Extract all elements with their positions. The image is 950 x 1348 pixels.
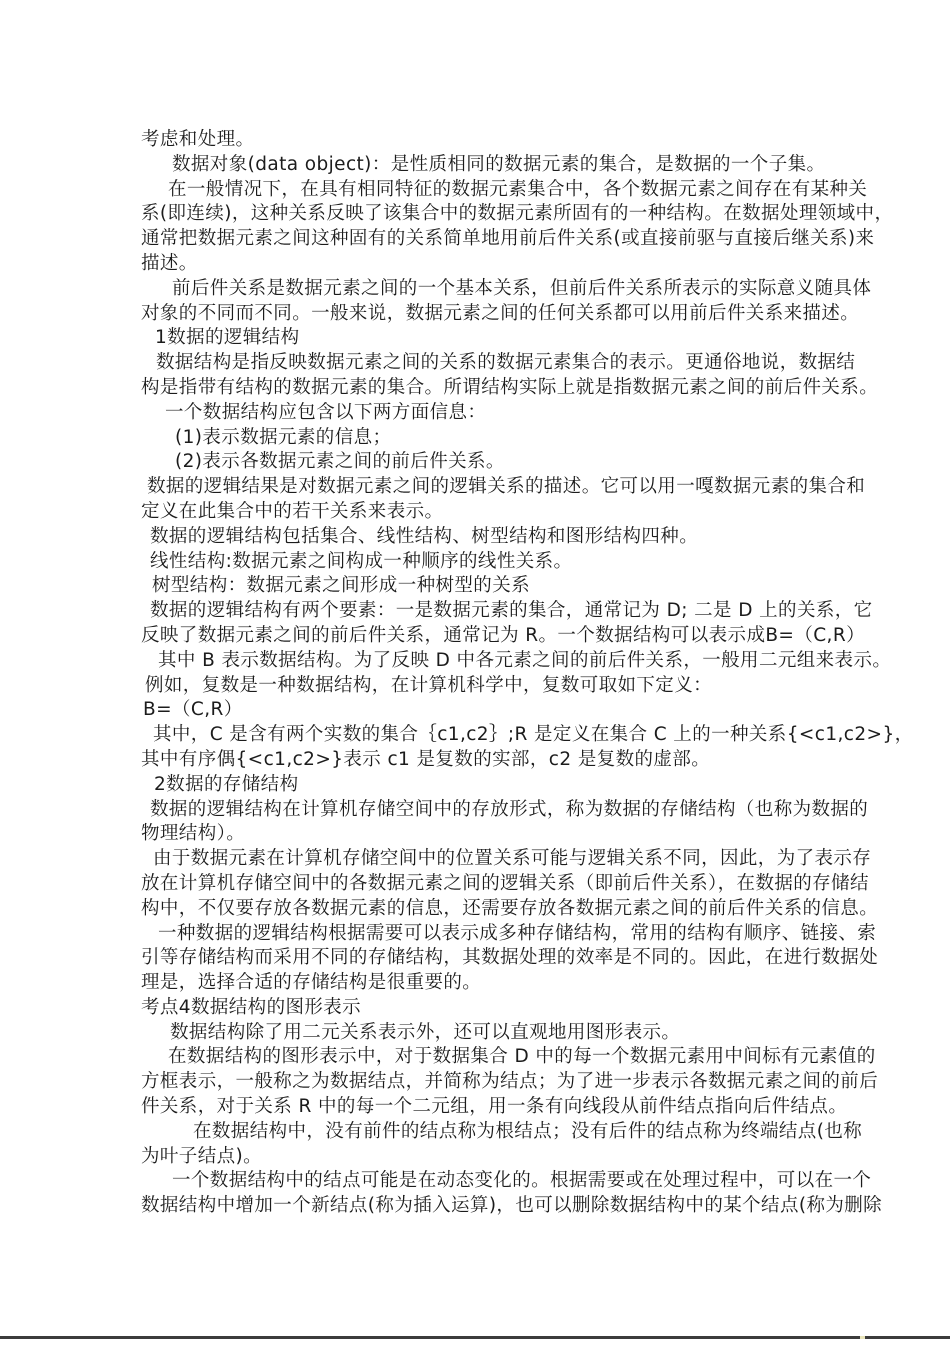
text-line: 理是，选择合适的存储结构是很重要的。	[141, 971, 841, 996]
text-line: 对象的不同而不同。一般来说，数据元素之间的任何关系都可以用前后件关系来描述。	[141, 302, 841, 327]
text-line: 件关系，对于关系 R 中的每一个二元组，用一条有向线段从前件结点指向后件结点。	[141, 1095, 841, 1120]
text-line: 构是指带有结构的数据元素的集合。所谓结构实际上就是指数据元素之间的前后件关系。	[141, 376, 841, 401]
document-page: 考虑和处理。数据对象(data object)：是性质相同的数据元素的集合，是数…	[0, 0, 950, 1348]
text-line: 描述。	[141, 252, 841, 277]
text-line: 一个数据结构中的结点可能是在动态变化的。根据需要或在处理过程中，可以在一个	[141, 1169, 841, 1194]
text-line: 系(即连续)，这种关系反映了该集合中的数据元素所固有的一种结构。在数据处理领域中…	[141, 202, 841, 227]
text-line: 数据结构是指反映数据元素之间的关系的数据元素集合的表示。更通俗地说，数据结	[141, 351, 841, 376]
text-line: 数据结构中增加一个新结点(称为插入运算)，也可以删除数据结构中的某个结点(称为删…	[141, 1194, 841, 1219]
text-line: 在数据结构的图形表示中，对于数据集合 D 中的每一个数据元素用中间标有元素值的	[141, 1045, 841, 1070]
text-line: 在数据结构中，没有前件的结点称为根结点；没有后件的结点称为终端结点(也称	[141, 1120, 841, 1145]
text-line: 由于数据元素在计算机存储空间中的位置关系可能与逻辑关系不同，因此，为了表示存	[141, 847, 841, 872]
text-line: B=（C,R）	[141, 698, 841, 723]
text-line: 2数据的存储结构	[141, 773, 841, 798]
text-line: 其中，C 是含有两个实数的集合｛c1,c2｝;R 是定义在集合 C 上的一种关系…	[141, 723, 841, 748]
text-line: 数据的逻辑结构包括集合、线性结构、树型结构和图形结构四种。	[141, 525, 841, 550]
text-line: 一个数据结构应包含以下两方面信息：	[141, 401, 841, 426]
text-line: (2)表示各数据元素之间的前后件关系。	[141, 450, 841, 475]
text-line: 反映了数据元素之间的前后件关系，通常记为 R。一个数据结构可以表示成B=（C,R…	[141, 624, 841, 649]
text-line: 考虑和处理。	[141, 128, 841, 153]
text-line: 数据结构除了用二元关系表示外，还可以直观地用图形表示。	[141, 1021, 841, 1046]
text-line: 构中，不仅要存放各数据元素的信息，还需要存放各数据元素之间的前后件关系的信息。	[141, 897, 841, 922]
text-line: 放在计算机存储空间中的各数据元素之间的逻辑关系（即前后件关系），在数据的存储结	[141, 872, 841, 897]
text-line: 一种数据的逻辑结构根据需要可以表示成多种存储结构，常用的结构有顺序、链接、索	[141, 922, 841, 947]
text-line: 数据对象(data object)：是性质相同的数据元素的集合，是数据的一个子集…	[141, 153, 841, 178]
text-line: 引等存储结构而采用不同的存储结构，其数据处理的效率是不同的。因此，在进行数据处	[141, 946, 841, 971]
text-line: 其中有序偶{<c1,c2>}表示 c1 是复数的实部，c2 是复数的虚部。	[141, 748, 841, 773]
text-line: 数据的逻辑结构有两个要素：一是数据元素的集合，通常记为 D; 二是 D 上的关系…	[141, 599, 841, 624]
page-bottom-divider	[0, 1336, 950, 1339]
text-line: 在一般情况下，在具有相同特征的数据元素集合中，各个数据元素之间存在有某种关	[141, 178, 841, 203]
text-line: 其中 B 表示数据结构。为了反映 D 中各元素之间的前后件关系，一般用二元组来表…	[141, 649, 841, 674]
text-line: 通常把数据元素之间这种固有的关系简单地用前后件关系(或直接前驱与直接后继关系)来	[141, 227, 841, 252]
text-line: 为叶子结点)。	[141, 1145, 841, 1170]
text-line: 线性结构:数据元素之间构成一种顺序的线性关系。	[141, 550, 841, 575]
text-line: 物理结构）。	[141, 822, 841, 847]
text-line: 数据的逻辑结果是对数据元素之间的逻辑关系的描述。它可以用一嘎数据元素的集合和	[141, 475, 841, 500]
text-line: 数据的逻辑结构在计算机存储空间中的存放形式，称为数据的存储结构（也称为数据的	[141, 798, 841, 823]
text-line: 方框表示，一般称之为数据结点，并简称为结点；为了进一步表示各数据元素之间的前后	[141, 1070, 841, 1095]
text-line: 1数据的逻辑结构	[141, 326, 841, 351]
text-line: 考点4数据结构的图形表示	[141, 996, 841, 1021]
document-text: 考虑和处理。数据对象(data object)：是性质相同的数据元素的集合，是数…	[141, 128, 841, 1219]
text-line: 前后件关系是数据元素之间的一个基本关系，但前后件关系所表示的实际意义随具体	[141, 277, 841, 302]
text-line: 树型结构：数据元素之间形成一种树型的关系	[141, 574, 841, 599]
text-line: 例如，复数是一种数据结构，在计算机科学中，复数可取如下定义：	[141, 674, 841, 699]
page-bottom-divider-gap	[860, 1336, 865, 1339]
text-line: (1)表示数据元素的信息；	[141, 426, 841, 451]
text-line: 定义在此集合中的若干关系来表示。	[141, 500, 841, 525]
